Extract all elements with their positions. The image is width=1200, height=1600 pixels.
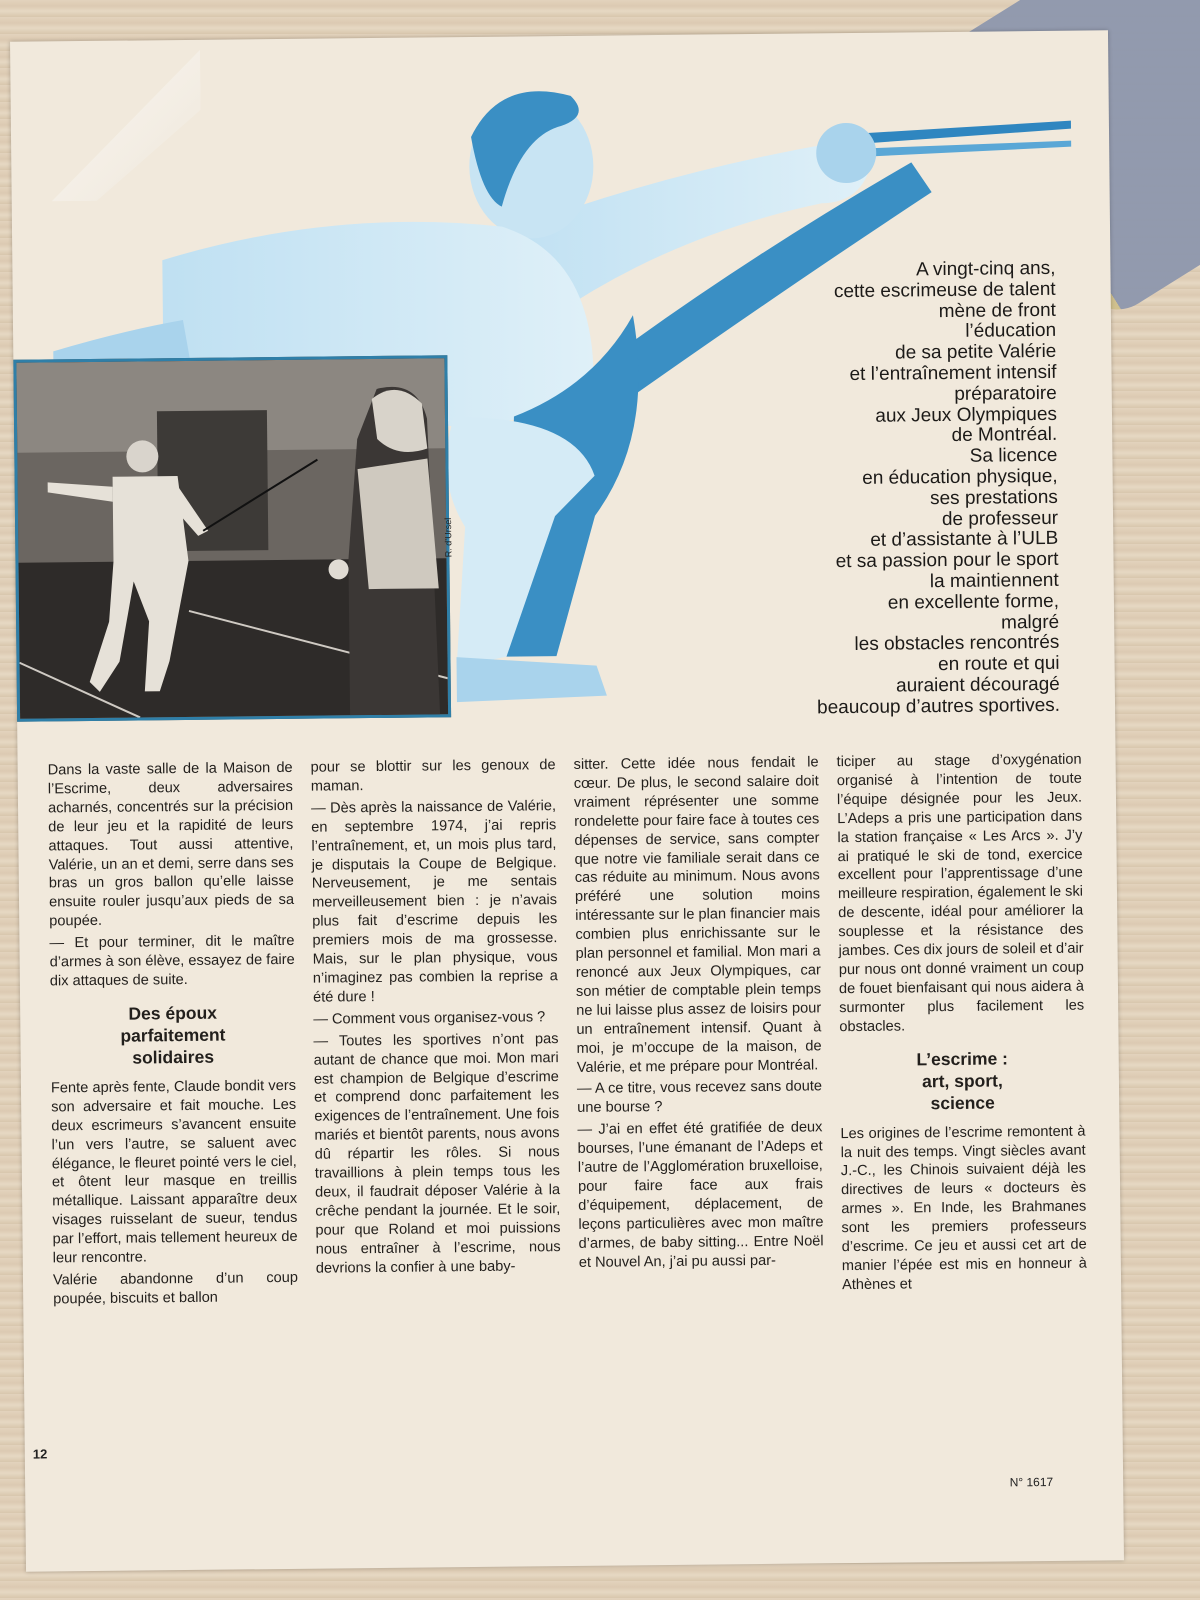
- paragraph: — Toutes les sportives n’ont pas autant …: [313, 1030, 561, 1278]
- paragraph: pour se blottir sur les genoux de maman.: [311, 756, 556, 796]
- lead-paragraph: A vingt-cinq ans, cette escrimeuse de ta…: [635, 259, 1060, 721]
- issue-number: N° 1617: [1010, 1475, 1054, 1489]
- paragraph: Fente après fente, Claude bondit vers so…: [51, 1077, 298, 1269]
- subheading-epoux: Des époux parfaitement solidaires: [50, 1001, 296, 1070]
- inset-photo-two-fencers: [13, 355, 451, 722]
- column-3: sitter. Cette idée nous fendait le cœur.…: [574, 753, 826, 1466]
- paragraph: — Et pour terminer, dit le maître d’arme…: [49, 932, 295, 991]
- subheading-escrime: L’escrime : art, sport, science: [840, 1046, 1086, 1115]
- paragraph: — J’ai en effet été gratifiée de deux bo…: [577, 1119, 824, 1273]
- column-4: ticiper au stage d’oxygénation organisé …: [837, 751, 1089, 1464]
- column-2: pour se blottir sur les genoux de maman.…: [311, 756, 563, 1469]
- magazine-page: A vingt-cinq ans, cette escrimeuse de ta…: [10, 30, 1124, 1571]
- paragraph: ticiper au stage d’oxygénation organisé …: [837, 751, 1085, 1037]
- paragraph: — Comment vous organisez-vous ?: [313, 1008, 558, 1029]
- article-columns: Dans la vaste salle de la Maison de l’Es…: [48, 751, 1065, 1472]
- photo-credit: R. d’Ursel: [443, 518, 453, 558]
- paragraph: Dans la vaste salle de la Maison de l’Es…: [48, 759, 295, 932]
- paragraph: — Dès après la naissance de Valérie, en …: [311, 797, 558, 1008]
- column-1: Dans la vaste salle de la Maison de l’Es…: [48, 759, 300, 1472]
- page-number: 12: [33, 1446, 48, 1461]
- paragraph: Les origines de l’escrime remontent à la…: [840, 1122, 1087, 1295]
- paragraph: sitter. Cette idée nous fendait le cœur.…: [574, 753, 822, 1077]
- paragraph: — A ce titre, vous recevez sans doute un…: [577, 1078, 822, 1118]
- paragraph: Valérie abandonne d’un coup poupée, bisc…: [53, 1269, 298, 1309]
